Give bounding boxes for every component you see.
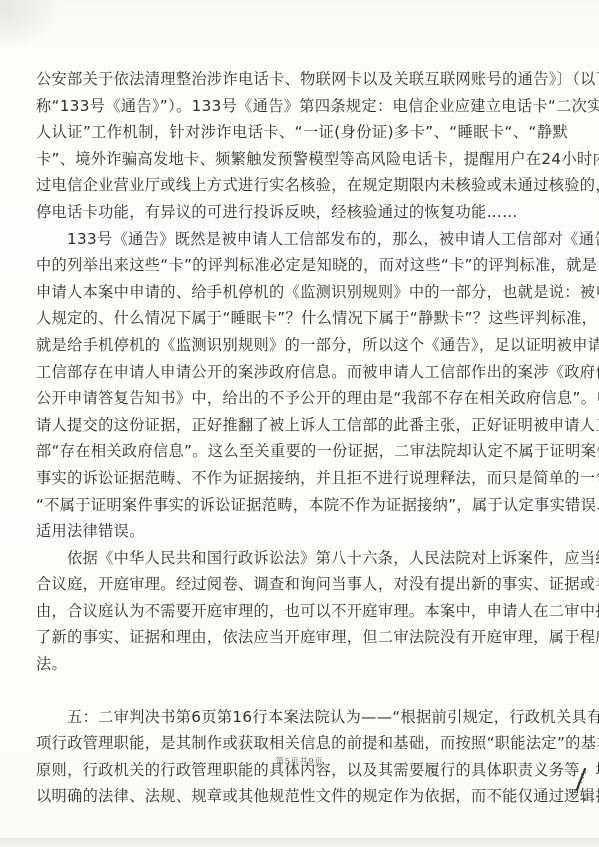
pen-stroke-mark-icon: [575, 768, 587, 794]
text-line: 适用法律错误。: [36, 518, 568, 545]
text-line: 工信部存在申请人申请公开的案涉政府信息。而被申请人工信部作出的案涉《政府信息: [36, 359, 568, 386]
text-line: 由，合议庭认为不需要开庭审理的，也可以不开庭审理。本案中，申请人在二审中提出: [36, 598, 568, 625]
paragraph-3: 依据《中华人民共和国行政诉讼法》第八十六条，人民法院对上诉案件，应当组成 合议庭…: [36, 545, 568, 678]
text-line: “不属于证明案件事实的诉讼证据范畴，本院不作为证据接纳”，属于认定事实错误、: [36, 492, 568, 519]
text-line: 以明确的法律、法规、规章或其他规范性文件的规定作为依据，而不能仅通过逻辑推理: [36, 783, 568, 810]
text-line: 称“133号《通告》”）。133号《通告》第四条规定：电信企业应建立电话卡“二次…: [36, 93, 568, 120]
document-body: 公安部关于依法清理整治涉诈电话卡、物联网卡以及关联互联网账号的通告》〕（以下简 …: [36, 66, 568, 810]
text-line: 卡”、境外诈骗高发地卡、频繁触发预警模型等高风险电话卡，提醒用户在24小时内通: [36, 146, 568, 173]
paragraph-gap: [36, 678, 568, 704]
text-line: 依据《中华人民共和国行政诉讼法》第八十六条，人民法院对上诉案件，应当组成: [36, 545, 568, 572]
text-line: 人认证”工作机制，针对涉诈电话卡、“一证(身份证)多卡”、“睡眠卡“、“静默: [36, 119, 568, 146]
text-line: 停电话卡功能，有异议的可进行投诉反映，经核验通过的恢复功能……: [36, 199, 568, 226]
text-line: 公安部关于依法清理整治涉诈电话卡、物联网卡以及关联互联网账号的通告》〕（以下简: [36, 66, 568, 93]
text-line: 申请人本案中申请的、给手机停机的《监测识别规则》中的一部分，也就是说：被申请: [36, 279, 568, 306]
text-line: 过电信企业营业厅或线上方式进行实名核验，在规定期限内未核验或未通过核验的，暂: [36, 172, 568, 199]
scan-smudge: [0, 0, 60, 50]
text-line: 法。: [36, 651, 568, 678]
text-line: 合议庭，开庭审理。经过阅卷、调查和询问当事人，对没有提出新的事实、证据或者理: [36, 571, 568, 598]
text-line: 就是给手机停机的《监测识别规则》的一部分，所以这个《通告》，足以证明被申请人: [36, 332, 568, 359]
text-line: 事实的诉讼证据范畴、不作为证据接纳，并且拒不进行说理释法，而只是简单的一句: [36, 465, 568, 492]
text-line: 人规定的、什么情况下属于“睡眠卡”？什么情况下属于“静默卡”？这些评判标准，: [36, 305, 568, 332]
text-line: 公开申请答复告知书》中，给出的不予公开的理由是“我部不存在相关政府信息”。申: [36, 385, 568, 412]
text-line: 五：二审判决书第6页第16行本案法院认为——“根据前引规定，行政机关具有某: [36, 704, 568, 731]
text-line: 133号《通告》既然是被申请人工信部发布的，那么，被申请人工信部对《通告》: [36, 226, 568, 253]
text-line: 了新的事实、证据和理由，依法应当开庭审理，但二审法院没有开庭审理，属于程序违: [36, 624, 568, 651]
text-line: 项行政管理职能，是其制作或获取相关信息的前提和基础，而按照“职能法定”的基本: [36, 730, 568, 757]
page-number: 第5页共9页: [0, 755, 599, 767]
text-line: 部“存在相关政府信息”。这么至关重要的一份证据，二审法院却认定不属于证明案件: [36, 438, 568, 465]
ink-dot: [583, 798, 586, 801]
paragraph-2: 133号《通告》既然是被申请人工信部发布的，那么，被申请人工信部对《通告》 中的…: [36, 226, 568, 545]
text-line: 请人提交的这份证据，正好推翻了被上诉人工信部的此番主张，正好证明被申请人工信: [36, 412, 568, 439]
scan-bottom-edge: [0, 838, 599, 847]
document-page: 公安部关于依法清理整治涉诈电话卡、物联网卡以及关联互联网账号的通告》〕（以下简 …: [0, 0, 599, 847]
paragraph-1: 公安部关于依法清理整治涉诈电话卡、物联网卡以及关联互联网账号的通告》〕（以下简 …: [36, 66, 568, 226]
text-line: 中的列举出来这些“卡”的评判标准必定是知晓的，而对这些“卡”的评判标准，就是: [36, 252, 568, 279]
